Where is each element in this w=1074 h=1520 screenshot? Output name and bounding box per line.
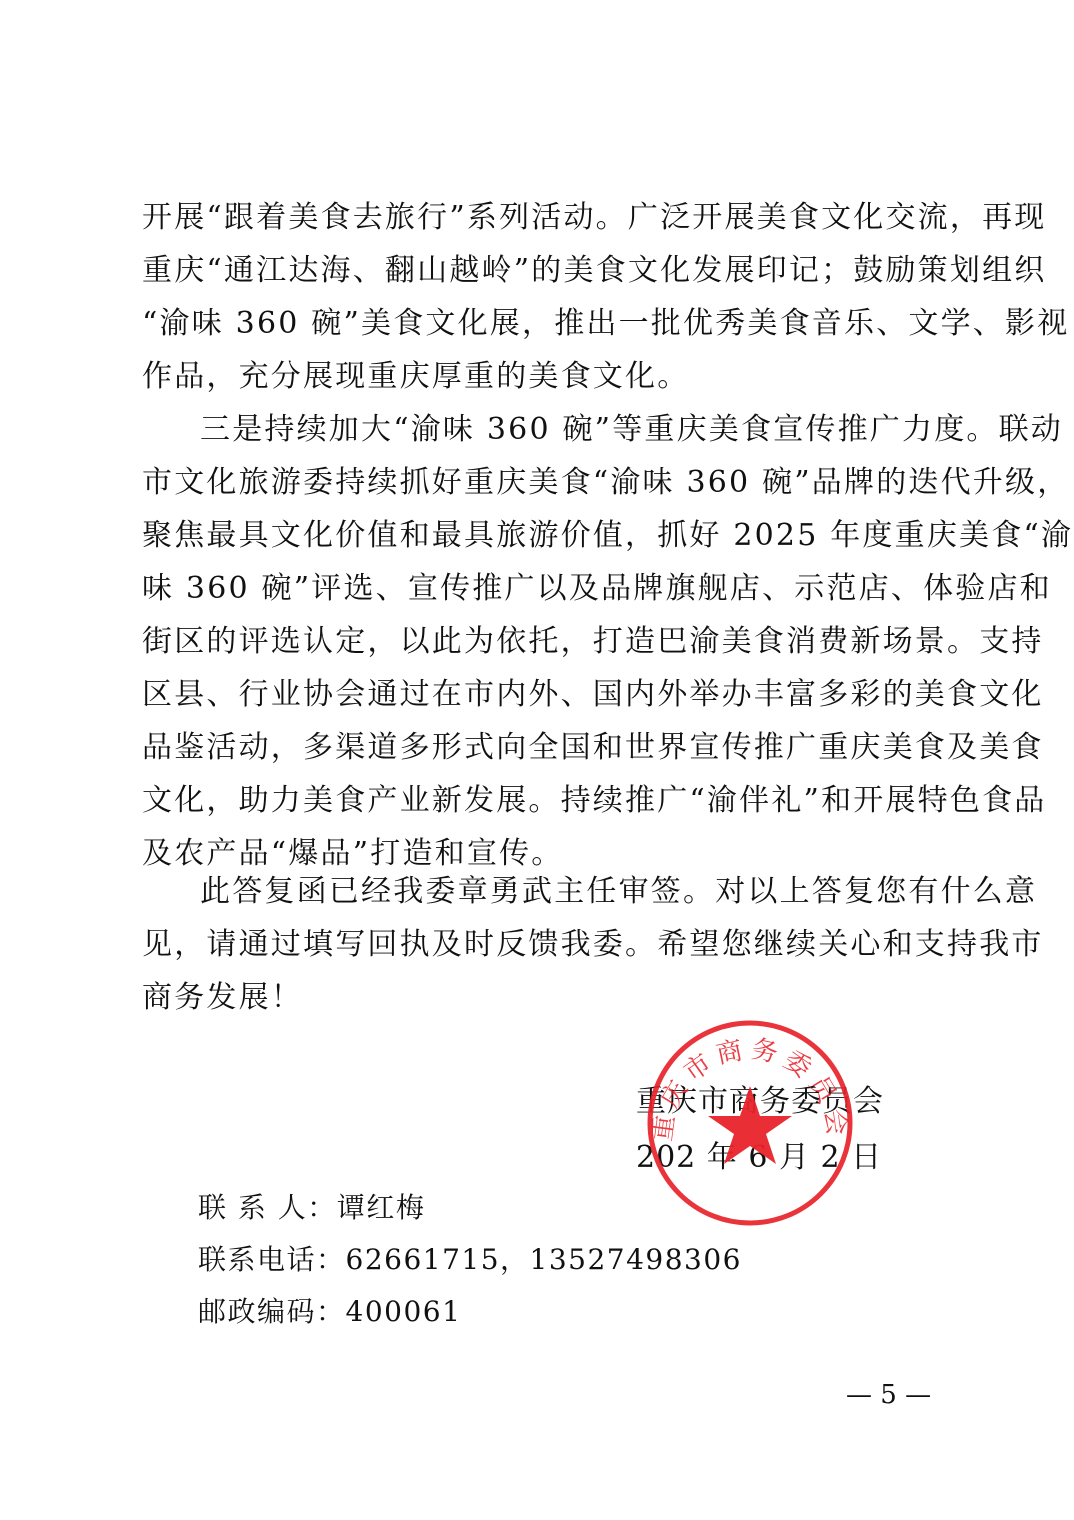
signature-date: 202 年 6 月 2 日 (636, 1138, 882, 1178)
body-line: 及农产品“爆品”打造和宣传。 (142, 834, 942, 874)
body-line: 文化，助力美食产业新发展。持续推广“渝伴礼”和开展特色食品 (142, 781, 942, 821)
body-line: 市文化旅游委持续抓好重庆美食“渝味 360 碗”品牌的迭代升级， (142, 463, 942, 503)
body-line: 品鉴活动，多渠道多形式向全国和世界宣传推广重庆美食及美食 (142, 728, 942, 768)
signature-organization: 重庆市商务委员会 (636, 1082, 884, 1122)
body-line: 三是持续加大“渝味 360 碗”等重庆美食宣传推广力度。联动 (200, 410, 942, 450)
contact-postcode-value: 400061 (346, 1295, 462, 1328)
document-page: 开展“跟着美食去旅行”系列活动。广泛开展美食文化交流，再现 重庆“通江达海、翻山… (0, 0, 1074, 1520)
body-line: 区县、行业协会通过在市内外、国内外举办丰富多彩的美食文化 (142, 675, 942, 715)
body-line: 见，请通过填写回执及时反馈我委。希望您继续关心和支持我市 (142, 925, 942, 965)
body-line: 此答复函已经我委章勇武主任审签。对以上答复您有什么意 (200, 872, 942, 912)
body-line: 重庆“通江达海、翻山越岭”的美食文化发展印记；鼓励策划组织 (142, 251, 942, 291)
contact-postcode-label: 邮政编码： (198, 1295, 346, 1328)
contact-phone-value: 62661715，13527498306 (346, 1243, 742, 1276)
official-seal-icon: 重庆市商务委员会 (645, 1018, 855, 1228)
page-number: — 5 — (846, 1378, 931, 1412)
contact-person-row: 联 系 人：谭红梅 (198, 1188, 425, 1228)
body-line: 味 360 碗”评选、宣传推广以及品牌旗舰店、示范店、体验店和 (142, 569, 942, 609)
contact-postcode-row: 邮政编码：400061 (198, 1292, 461, 1332)
contact-phone-row: 联系电话：62661715，13527498306 (198, 1240, 742, 1280)
contact-phone-label: 联系电话： (198, 1243, 346, 1276)
body-line: 街区的评选认定，以此为依托，打造巴渝美食消费新场景。支持 (142, 622, 942, 662)
contact-person-label: 联 系 人： (198, 1191, 337, 1224)
body-line: 开展“跟着美食去旅行”系列活动。广泛开展美食文化交流，再现 (142, 198, 942, 238)
body-line: 商务发展！ (142, 978, 942, 1018)
contact-person-name: 谭红梅 (337, 1191, 426, 1224)
body-line: “渝味 360 碗”美食文化展，推出一批优秀美食音乐、文学、影视 (142, 304, 942, 344)
body-line: 作品，充分展现重庆厚重的美食文化。 (142, 357, 942, 397)
body-line: 聚焦最具文化价值和最具旅游价值，抓好 2025 年度重庆美食“渝 (142, 516, 942, 556)
